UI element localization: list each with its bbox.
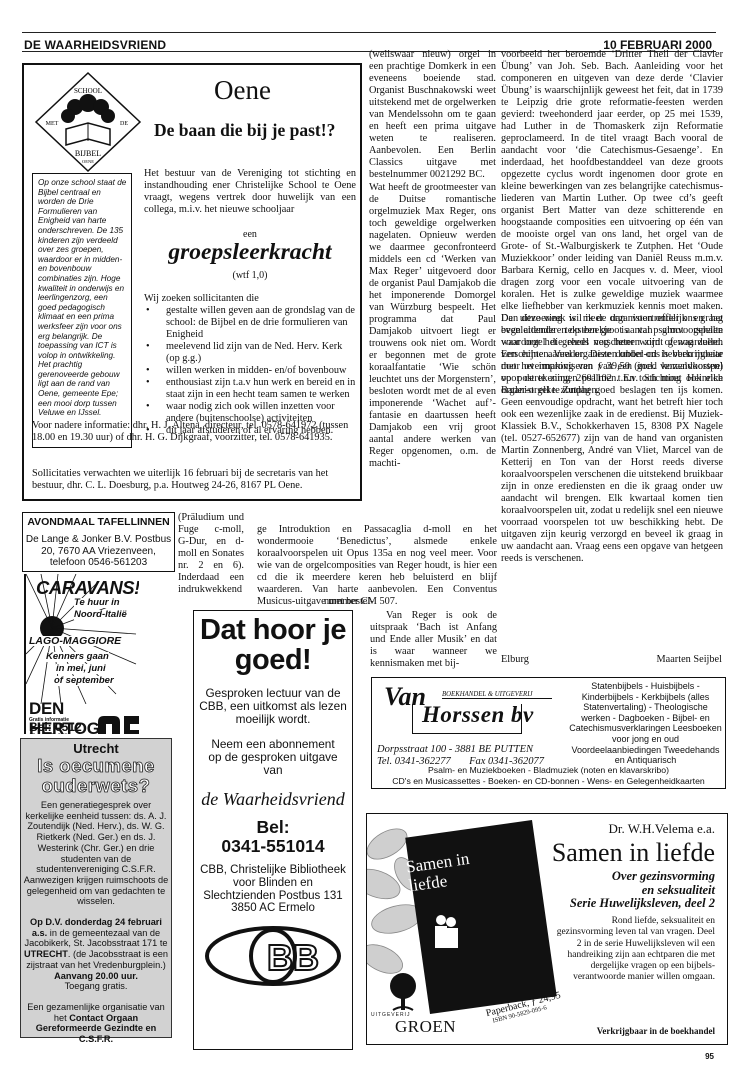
den-hertog-logo-icon <box>98 716 139 734</box>
article-column-3-top: (weliswaar nieuw) orgel in een prachtige… <box>369 49 496 181</box>
cbb-address: CBB, Christelijke Bibliotheek voor Blind… <box>194 864 352 915</box>
utrecht-description: Een generatiegesprek over kerkelijke een… <box>21 800 171 907</box>
school-tagline: De baan die bij je past!? <box>154 120 335 141</box>
requirement-item: enthousiast zijn t.a.v hun werk en berei… <box>144 377 358 401</box>
caravan-line: of september <box>54 676 114 686</box>
groen-book-ad: Samen in liefde Paperback, ƒ 24,95 ISBN … <box>366 813 728 1045</box>
utrecht-question: Is oecumene <box>21 756 171 776</box>
caravan-line: Noord-Italië <box>74 610 127 620</box>
horssen-products: Statenbijbels - Huisbijbels - Kinderbijb… <box>568 681 723 766</box>
tafellinnen-ad: AVONDMAAL TAFELLINNEN De Lange & Jonker … <box>22 512 175 572</box>
book-availability: Verkrijgbaar in de boekhandel <box>597 1026 715 1036</box>
caravan-title: CARAVANS! <box>36 577 139 599</box>
caravan-phone: Bel: 0512517716 <box>29 722 82 734</box>
masthead-top-rule <box>22 32 716 33</box>
application-info: Sollicitaties verwachten we uiterlijk 16… <box>32 468 358 492</box>
svg-text:MET: MET <box>46 121 59 127</box>
requirement-item: gestalte willen geven aan de grondslag v… <box>144 305 358 341</box>
requirement-item: willen werken in midden- en/of bovenbouw <box>144 365 358 377</box>
svg-text:OENE: OENE <box>82 159 94 164</box>
cbb-phone: 0341-551014 <box>194 837 352 856</box>
seeking-label: Wij zoeken sollicitanten die <box>144 293 259 304</box>
svg-text:DE: DE <box>120 121 128 127</box>
job-fte: (wtf 1,0) <box>144 270 356 281</box>
publication-title: DE WAARHEIDSVRIEND <box>24 38 166 52</box>
school-town: Oene <box>214 75 271 106</box>
school-vacancy-ad: SCHOOL MET DE BIJBEL OENE Op onze school… <box>22 63 362 501</box>
cbb-ad: Dat hoor je goed! Gesproken lectuur van … <box>193 610 353 1050</box>
couple-icon <box>431 914 461 950</box>
utrecht-question: ouderwets? <box>21 776 171 796</box>
van-horssen-ad: Van BOEKHANDEL & UITGEVERIJ Horssen bv D… <box>371 677 726 789</box>
job-title: groepsleerkracht <box>144 239 356 266</box>
contact-info: Voor nadere informatie: dhr. H. J. Alten… <box>32 420 358 444</box>
svg-text:BB: BB <box>267 937 319 978</box>
caravan-line: in mei, juni <box>56 664 106 674</box>
article-column-3-bottom: Van Reger is ook de uitspraak ‘Bach ist … <box>370 610 497 670</box>
book-author: Dr. W.H.Velema e.a. <box>608 821 715 837</box>
horssen-footer: Psalm- en Muziekboeken - Bladmuziek (not… <box>372 765 725 786</box>
cbb-headline: Dat hoor je goed! <box>194 615 352 675</box>
requirements-list: gestalte willen geven aan de grondslag v… <box>144 305 358 437</box>
book-title: Samen in liefde <box>552 838 715 868</box>
cbb-text-2: Neem een abonnement op de gesproken uitg… <box>194 738 352 777</box>
cbb-text-1: Gesproken lectuur van de CBB, een uitkom… <box>194 687 352 726</box>
cbb-logo-icon: BB <box>203 925 343 987</box>
article-column-3-reger: Wat heeft de grootmeester van de Duitse … <box>369 182 496 470</box>
publisher-name: GROEN <box>395 1017 456 1037</box>
horssen-address: Dorpsstraat 100 - 3881 BE PUTTENTel. 034… <box>377 744 544 767</box>
svg-text:BIJBEL: BIJBEL <box>75 149 101 158</box>
svg-text:SCHOOL: SCHOOL <box>74 87 102 95</box>
tree-icon <box>385 972 421 1012</box>
horssen-subtitle: BOEKHANDEL & UITGEVERIJ <box>442 691 552 699</box>
article-text-narrow: (Präludium und Fuge c-moll, G-Dur, en d-… <box>178 512 244 596</box>
tafellinnen-title: AVONDMAAL TAFELLINNEN <box>23 516 174 528</box>
utrecht-organizer: Een gezamenlijke organisatie van het Con… <box>21 1002 171 1045</box>
caravan-line: LAGO-MAGGIORE <box>29 636 121 646</box>
utrecht-city: Utrecht <box>21 741 171 756</box>
article-author: Maarten Seijbel <box>657 654 722 666</box>
book-subtitle: Over gezinsvormingen seksualiteitSerie H… <box>570 870 715 911</box>
utrecht-when-where: Op D.V. donderdag 24 februari a.s. in de… <box>21 917 171 992</box>
article-place: Elburg <box>501 654 529 666</box>
cbb-bel-label: Bel: <box>194 818 352 837</box>
horssen-name: Horssen bv <box>422 702 534 728</box>
article-column-4-p2: Dan deze week wil ik de organisten onder… <box>501 313 723 565</box>
page-number: 95 <box>705 1052 714 1061</box>
article-text-span-end: nummer CM 507. <box>324 596 398 608</box>
school-intro: Het bestuur van de Vereniging tot sticht… <box>144 168 356 216</box>
caravan-line: Te huur in <box>74 598 120 608</box>
tafellinnen-body: De Lange & Jonker B.V. Postbus 20, 7670 … <box>23 534 174 569</box>
school-logo-icon: SCHOOL MET DE BIJBEL OENE <box>33 71 143 173</box>
school-description: Op onze school staat de Bijbel centraal … <box>32 173 132 448</box>
caravan-line: Kenners gaan <box>46 652 109 662</box>
utrecht-event-ad: Utrecht Is oecumene ouderwets? Een gener… <box>20 738 172 1038</box>
book-description: Rond liefde, seksualiteit en gezinsvormi… <box>555 916 715 984</box>
cbb-paper-name: de Waarheidsvriend <box>194 789 352 810</box>
caravan-ad: CARAVANS! Te huur in Noord-Italië LAGO-M… <box>24 574 139 734</box>
requirement-item: meelevend lid zijn van de Ned. Herv. Ker… <box>144 341 358 365</box>
